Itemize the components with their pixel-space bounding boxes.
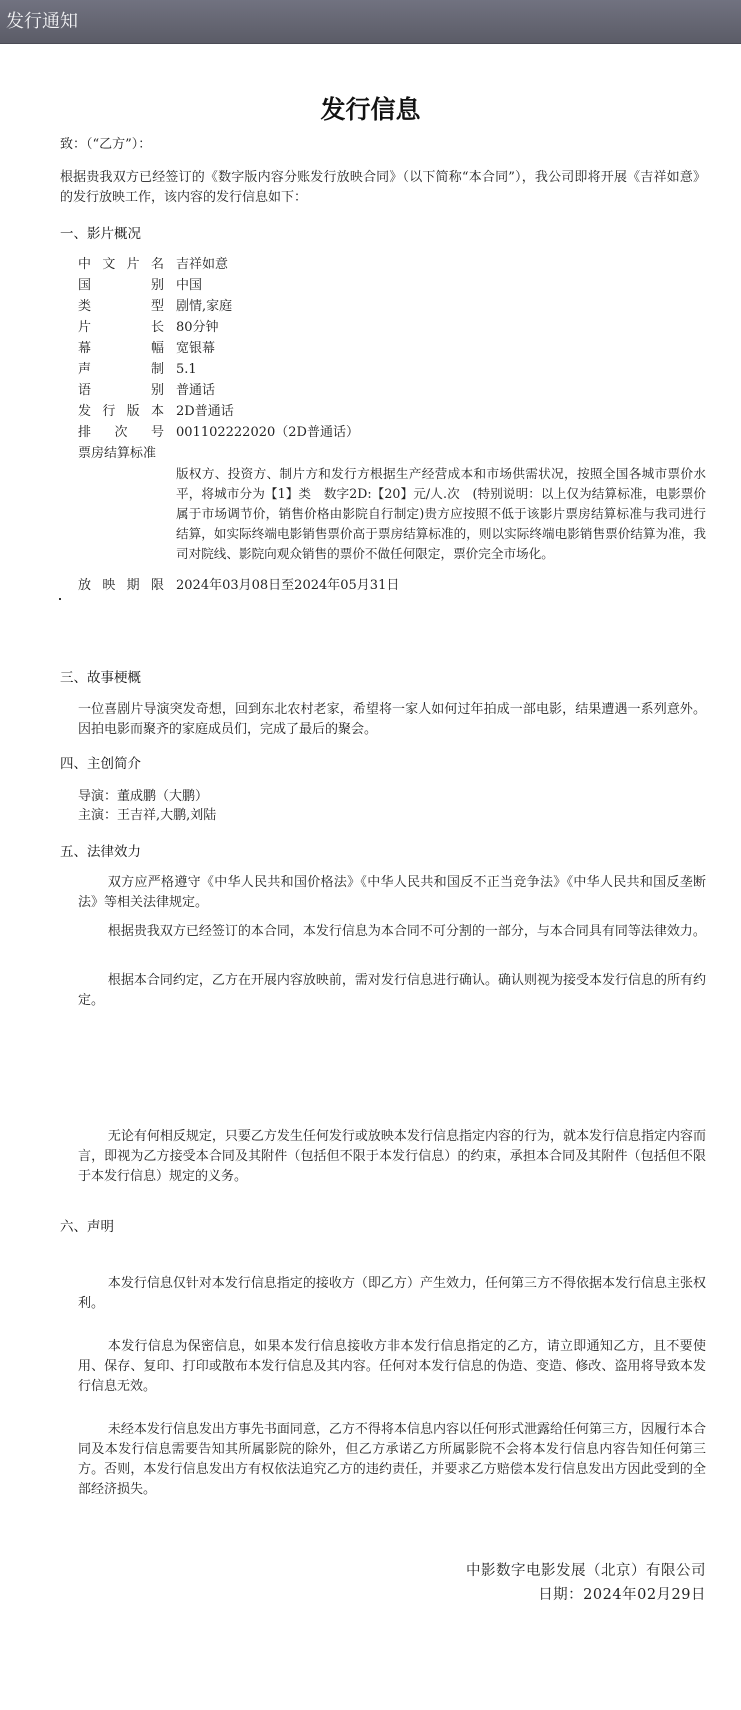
info-value: 吉祥如意 bbox=[176, 254, 228, 275]
info-row-screening-period: 放映期限 2024年03月08日至2024年05月31日 bbox=[78, 575, 399, 596]
section-heading-synopsis: 三、故事梗概 bbox=[60, 668, 141, 688]
section-heading-film-overview: 一、影片概况 bbox=[60, 224, 141, 244]
settlement-label: 票房结算标准 bbox=[78, 443, 156, 464]
legal-paragraph: 无论有何相反规定，只要乙方发生任何发行或放映本发行信息指定内容的行为，就本发行信… bbox=[78, 1127, 706, 1187]
section-heading-legal-effect: 五、法律效力 bbox=[60, 842, 141, 862]
signature-company: 中影数字电影发展（北京）有限公司 bbox=[466, 1560, 706, 1583]
info-row-sound: 声制 5.1 bbox=[78, 359, 197, 380]
info-label: 放映期限 bbox=[78, 575, 164, 596]
cast-line: 主演：王吉祥,大鹏,刘陆 bbox=[78, 806, 216, 826]
info-row-genre: 类型 剧情,家庭 bbox=[78, 296, 232, 317]
legal-paragraph: 根据贵我双方已经签订的本合同，本发行信息为本合同不可分割的一部分，与本合同具有同… bbox=[78, 922, 706, 942]
document-title: 发行信息 bbox=[0, 90, 741, 126]
legal-paragraph: 双方应严格遵守《中华人民共和国价格法》《中华人民共和国反不正当竞争法》《中华人民… bbox=[78, 873, 706, 913]
synopsis-text: 一位喜剧片导演突发奇想，回到东北农村老家，希望将一家人如何过年拍成一部电影，结果… bbox=[78, 700, 706, 740]
intro-paragraph: 根据贵我双方已经签订的《数字版内容分账发行放映合同》（以下简称“本合同”），我公… bbox=[60, 168, 706, 208]
info-row-language: 语别 普通话 bbox=[78, 380, 215, 401]
info-label: 中文片名 bbox=[78, 254, 164, 275]
info-row-duration: 片长 80分钟 bbox=[78, 317, 219, 338]
info-row-chinese-title: 中文片名 吉祥如意 bbox=[78, 254, 228, 275]
info-value: 2024年03月08日至2024年05月31日 bbox=[176, 575, 399, 596]
declaration-paragraph: 未经本发行信息发出方事先书面同意，乙方不得将本信息内容以任何形式泄露给任何第三方… bbox=[78, 1420, 706, 1500]
director-line: 导演：董成鹏（大鹏） bbox=[78, 787, 208, 807]
info-value: 中国 bbox=[176, 275, 202, 296]
info-label: 排次号 bbox=[78, 422, 164, 443]
info-label: 语别 bbox=[78, 380, 164, 401]
info-value: 001102222020（2D普通话） bbox=[176, 422, 359, 443]
info-value: 宽银幕 bbox=[176, 338, 215, 359]
header-title: 发行通知 bbox=[6, 11, 78, 32]
info-value: 2D普通话 bbox=[176, 401, 234, 422]
app-header-bar: 发行通知 bbox=[0, 0, 741, 44]
info-value: 80分钟 bbox=[176, 317, 219, 338]
info-row-release-version: 发行版本 2D普通话 bbox=[78, 401, 234, 422]
stray-dot-mark bbox=[59, 598, 61, 600]
section-heading-creators: 四、主创简介 bbox=[60, 754, 141, 774]
info-row-screen-format: 幕幅 宽银幕 bbox=[78, 338, 215, 359]
legal-paragraph: 根据本合同约定，乙方在开展内容放映前，需对发行信息进行确认。确认则视为接受本发行… bbox=[78, 971, 706, 1011]
info-value: 5.1 bbox=[176, 359, 197, 380]
info-label: 片长 bbox=[78, 317, 164, 338]
info-label: 发行版本 bbox=[78, 401, 164, 422]
info-row-country: 国别 中国 bbox=[78, 275, 202, 296]
info-value: 普通话 bbox=[176, 380, 215, 401]
settlement-text: 版权方、投资方、制片方和发行方根据生产经营成本和市场供需状况，按照全国各城市票价… bbox=[176, 464, 706, 564]
section-heading-declaration: 六、声明 bbox=[60, 1217, 114, 1237]
salutation: 致：（“乙方”）： bbox=[60, 135, 706, 155]
info-label: 国别 bbox=[78, 275, 164, 296]
info-label: 类型 bbox=[78, 296, 164, 317]
info-value: 剧情,家庭 bbox=[176, 296, 232, 317]
declaration-paragraph: 本发行信息仅针对本发行信息指定的接收方（即乙方）产生效力，任何第三方不得依据本发… bbox=[78, 1274, 706, 1314]
info-label: 声制 bbox=[78, 359, 164, 380]
declaration-paragraph: 本发行信息为保密信息，如果本发行信息接收方非本发行信息指定的乙方，请立即通知乙方… bbox=[78, 1337, 706, 1397]
info-label: 幕幅 bbox=[78, 338, 164, 359]
info-row-schedule-number: 排次号 001102222020（2D普通话） bbox=[78, 422, 359, 443]
signature-date: 日期：2024年02月29日 bbox=[538, 1584, 706, 1607]
